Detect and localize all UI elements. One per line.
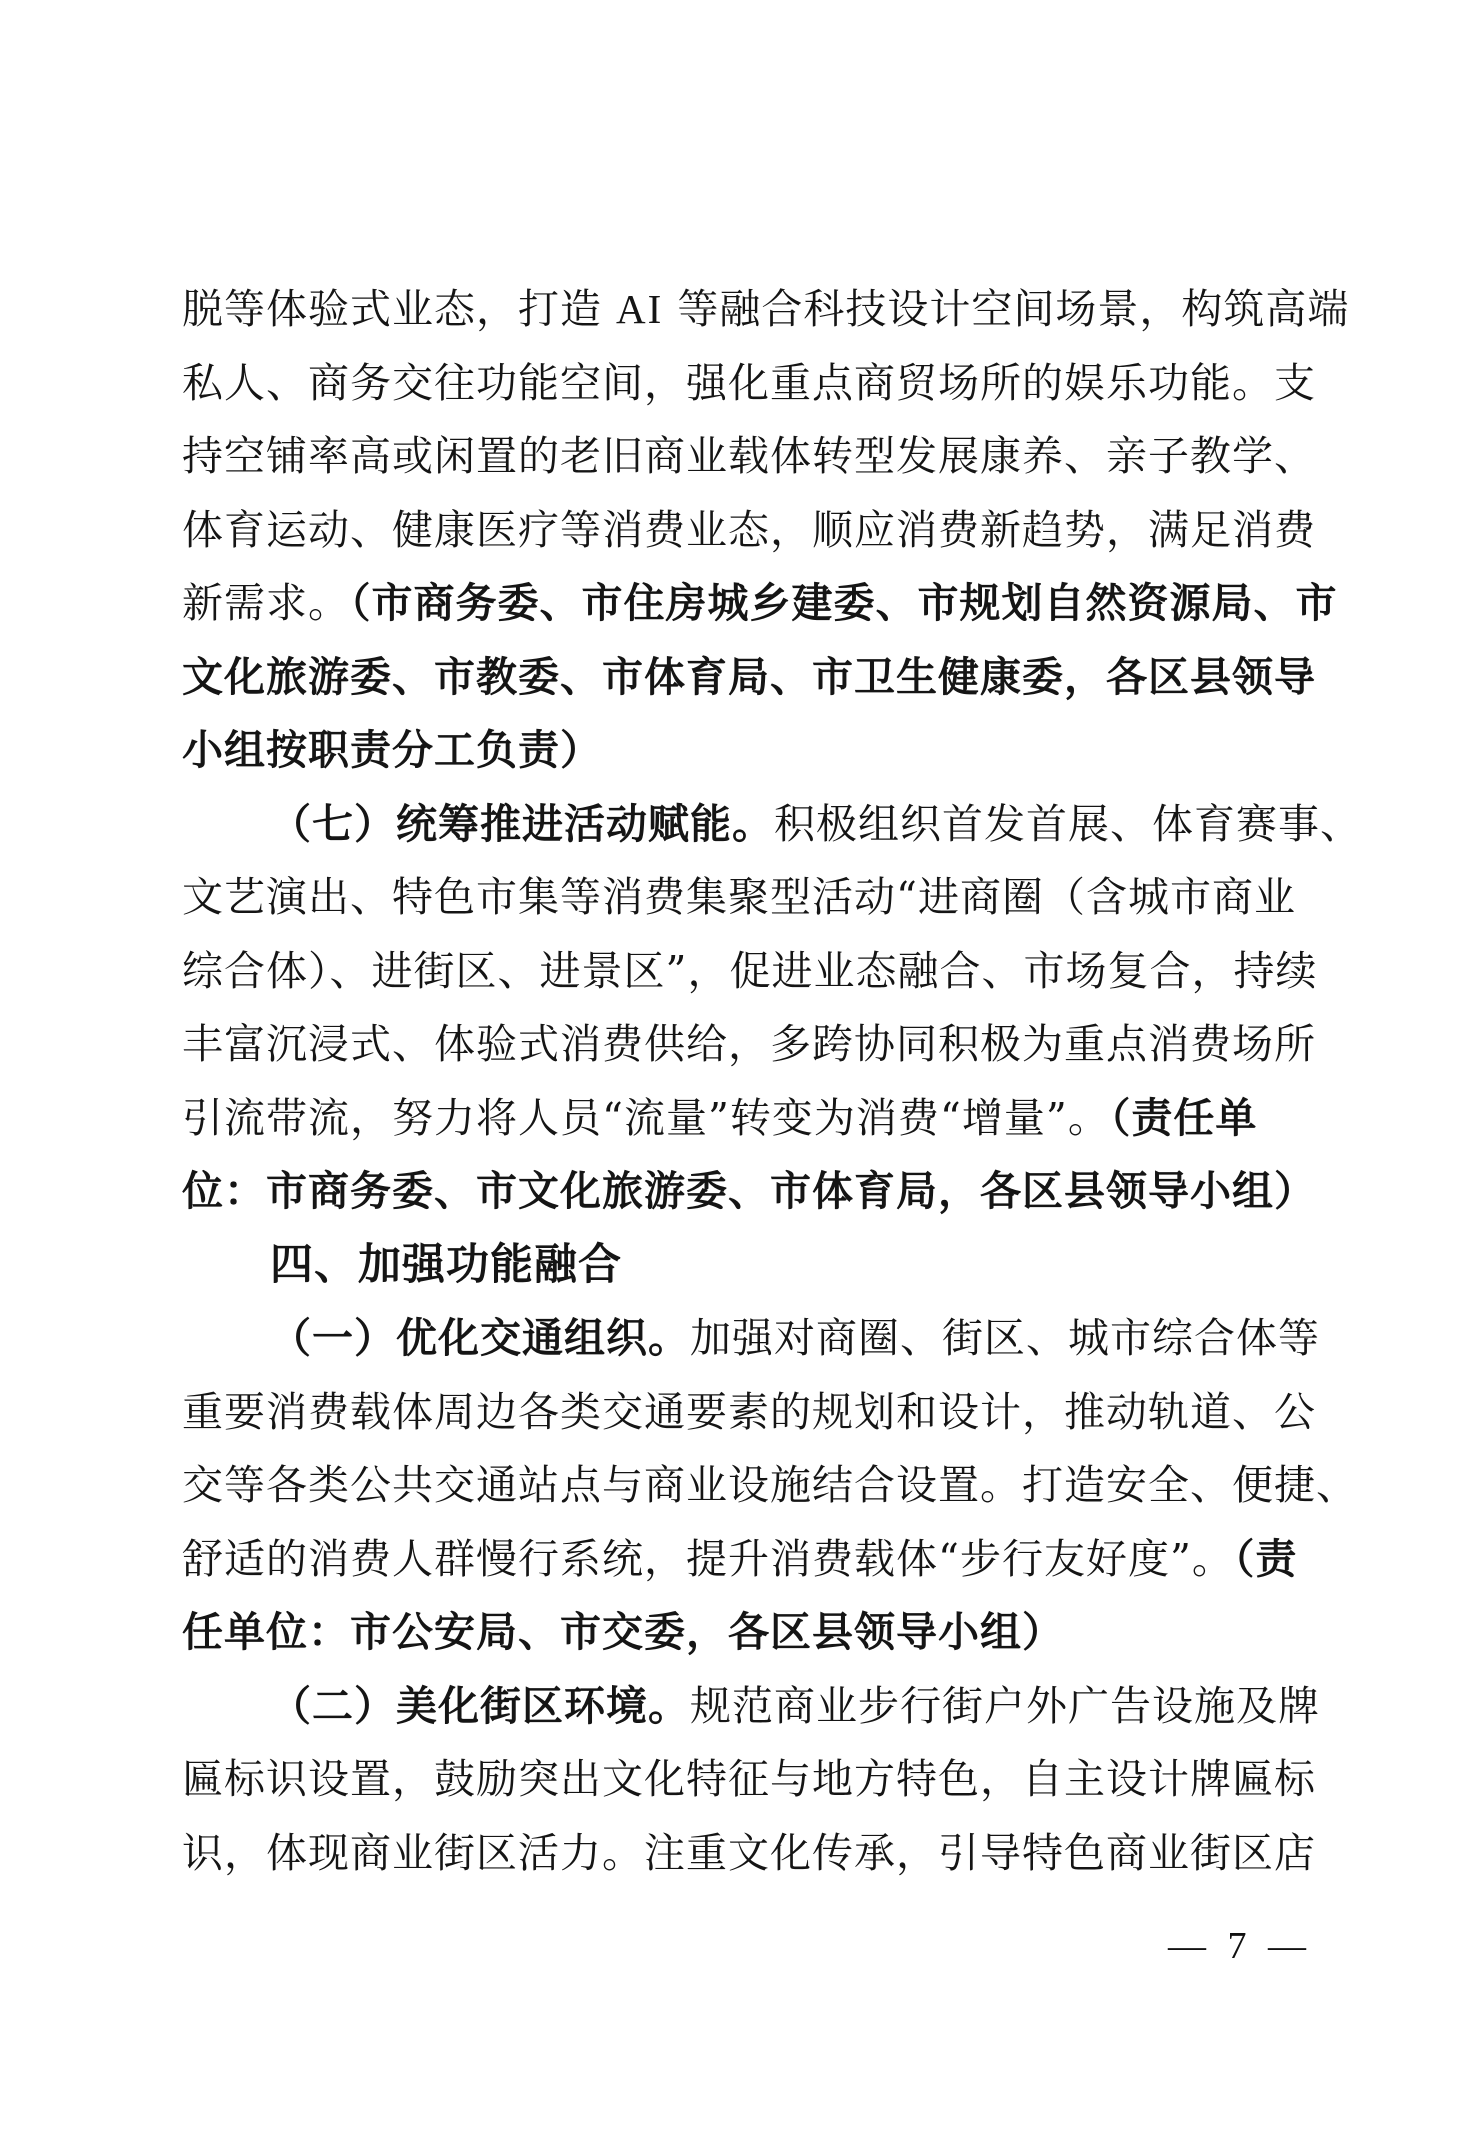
text-line: 综合体）、进街区、进景区”，促进业态融合、市场复合，持续 <box>182 935 1284 1009</box>
page-content: 脱等体验式业态，打造 AI 等融合科技设计空间场景，构筑高端 私人、商务交往功能… <box>182 273 1284 1890</box>
responsibility-units-segment: （市商务委、市住房城乡建委、市规划自然资源局、市 <box>350 579 1338 627</box>
responsibility-units-segment: 任单位：市公安局、市交委，各区县领导小组） <box>182 1608 1064 1656</box>
text-segment: 体育运动、健康医疗等消费业态，顺应消费新趋势，满足消费 <box>182 506 1316 554</box>
text-segment: 加强对商圈、街区、城市综合体等 <box>690 1314 1320 1362</box>
text-line: （七）统筹推进活动赋能。积极组织首发首展、体育赛事、 <box>182 788 1284 862</box>
text-segment: 文艺演出、特色市集等消费集聚型活动“进商圈（含城市商业 <box>182 873 1296 921</box>
text-line: （一）优化交通组织。加强对商圈、街区、城市综合体等 <box>182 1302 1284 1376</box>
text-line: 识，体现商业街区活力。注重文化传承，引导特色商业街区店 <box>182 1817 1284 1891</box>
text-segment: 识，体现商业街区活力。注重文化传承，引导特色商业街区店 <box>182 1829 1316 1877</box>
text-segment: 规范商业步行街户外广告设施及牌 <box>690 1682 1320 1730</box>
text-line: 交等各类公共交通站点与商业设施结合设置。打造安全、便捷、 <box>182 1449 1284 1523</box>
text-segment: 丰富沉浸式、体验式消费供给，多跨协同积极为重点消费场所 <box>182 1020 1316 1068</box>
text-segment: 持空铺率高或闲置的老旧商业载体转型发展康养、亲子教学、 <box>182 432 1316 480</box>
text-line: 任单位：市公安局、市交委，各区县领导小组） <box>182 1596 1284 1670</box>
text-segment: 等融合科技设计空间场景，构筑高端 <box>663 285 1349 333</box>
page-number: — 7 — <box>1168 1916 1312 1976</box>
text-segment: 私人、商务交往功能空间，强化重点商贸场所的娱乐功能。支 <box>182 359 1316 407</box>
text-line: 小组按职责分工负责） <box>182 714 1284 788</box>
latin-text-segment: AI <box>616 286 663 332</box>
text-segment: 重要消费载体周边各类交通要素的规划和设计，推动轨道、公 <box>182 1388 1316 1436</box>
text-segment: 积极组织首发首展、体育赛事、 <box>774 800 1362 848</box>
text-segment: 引流带流，努力将人员“流量”转变为消费“增量”。 <box>182 1094 1110 1142</box>
text-line: 舒适的消费人群慢行系统，提升消费载体“步行友好度”。（责 <box>182 1523 1284 1597</box>
text-segment: 交等各类公共交通站点与商业设施结合设置。打造安全、便捷、 <box>182 1461 1358 1509</box>
text-line: 重要消费载体周边各类交通要素的规划和设计，推动轨道、公 <box>182 1376 1284 1450</box>
text-line: 位：市商务委、市文化旅游委、市体育局，各区县领导小组） <box>182 1155 1284 1229</box>
text-line: 新需求。（市商务委、市住房城乡建委、市规划自然资源局、市 <box>182 567 1284 641</box>
paragraph-lead-segment: （一）优化交通组织。 <box>270 1314 690 1362</box>
section-heading: 四、加强功能融合 <box>182 1229 1284 1303</box>
text-line: 丰富沉浸式、体验式消费供给，多跨协同积极为重点消费场所 <box>182 1008 1284 1082</box>
responsibility-units-segment: 文化旅游委、市教委、市体育局、市卫生健康委，各区县领导 <box>182 653 1316 701</box>
text-segment: 新需求。 <box>182 579 350 627</box>
text-line: 文艺演出、特色市集等消费集聚型活动“进商圈（含城市商业 <box>182 861 1284 935</box>
responsibility-units-segment: 位：市商务委、市文化旅游委、市体育局，各区县领导小组） <box>182 1167 1316 1215</box>
text-segment: 舒适的消费人群慢行系统，提升消费载体“步行友好度”。 <box>182 1535 1234 1583</box>
paragraph-lead-segment: （二）美化街区环境。 <box>270 1682 690 1730</box>
text-line: 脱等体验式业态，打造 AI 等融合科技设计空间场景，构筑高端 <box>182 273 1284 347</box>
responsibility-units-segment: 小组按职责分工负责） <box>182 726 602 774</box>
text-line: 引流带流，努力将人员“流量”转变为消费“增量”。（责任单 <box>182 1082 1284 1156</box>
text-line: （二）美化街区环境。规范商业步行街户外广告设施及牌 <box>182 1670 1284 1744</box>
text-line: 体育运动、健康医疗等消费业态，顺应消费新趋势，满足消费 <box>182 494 1284 568</box>
responsibility-units-segment: （责任单 <box>1110 1094 1258 1142</box>
text-segment: 脱等体验式业态，打造 <box>182 285 616 333</box>
text-line: 私人、商务交往功能空间，强化重点商贸场所的娱乐功能。支 <box>182 347 1284 421</box>
document-page: 脱等体验式业态，打造 AI 等融合科技设计空间场景，构筑高端 私人、商务交往功能… <box>0 0 1480 2132</box>
text-segment: 匾标识设置，鼓励突出文化特征与地方特色，自主设计牌匾标 <box>182 1755 1316 1803</box>
responsibility-units-segment: （责 <box>1234 1535 1298 1583</box>
section-heading-text: 四、加强功能融合 <box>270 1240 622 1290</box>
text-line: 持空铺率高或闲置的老旧商业载体转型发展康养、亲子教学、 <box>182 420 1284 494</box>
text-line: 匾标识设置，鼓励突出文化特征与地方特色，自主设计牌匾标 <box>182 1743 1284 1817</box>
text-segment: 综合体）、进街区、进景区”，促进业态融合、市场复合，持续 <box>182 947 1317 995</box>
paragraph-lead-segment: （七）统筹推进活动赋能。 <box>270 800 774 848</box>
text-line: 文化旅游委、市教委、市体育局、市卫生健康委，各区县领导 <box>182 641 1284 715</box>
